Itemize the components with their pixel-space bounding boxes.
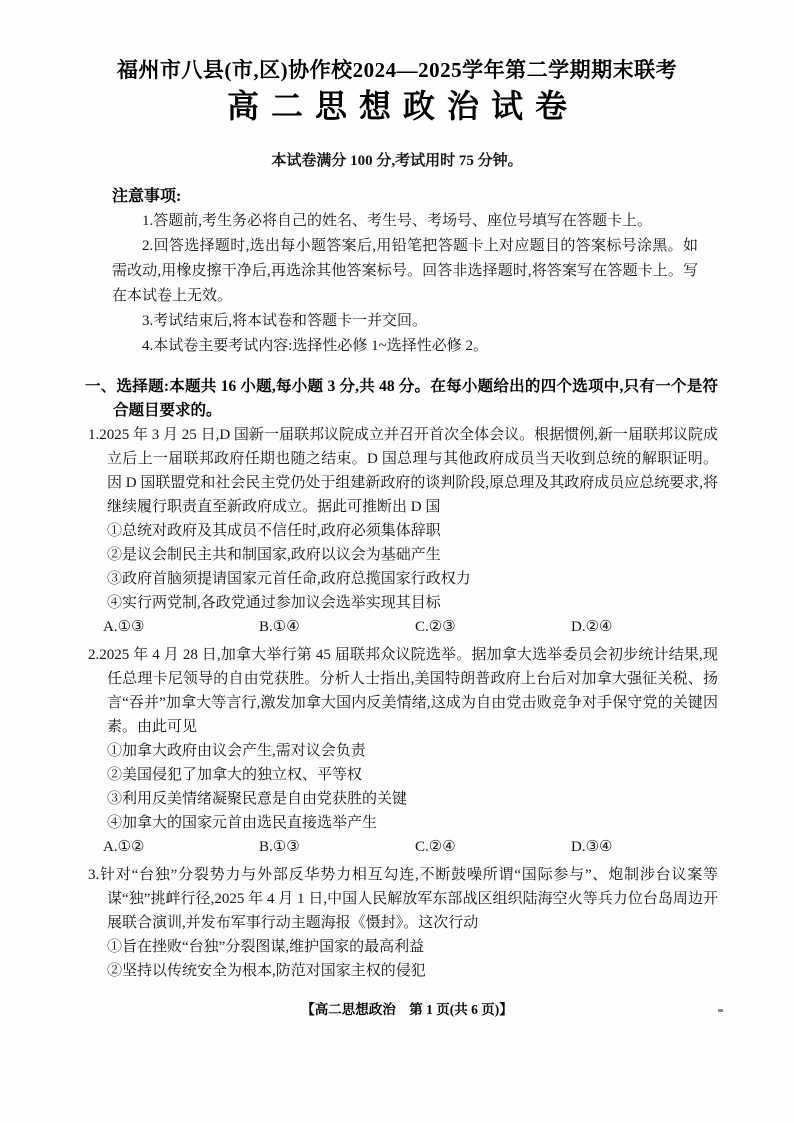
question-1-option-b: B.①④: [259, 615, 415, 639]
question-2-statement-4: ④加拿大的国家元首由选民直接选举产生: [88, 811, 718, 835]
question-2-number: 2.: [88, 647, 99, 663]
question-2-stem: 2.2025 年 4 月 28 日,加拿大举行第 45 届联邦众议院选举。据加拿…: [88, 643, 718, 739]
notice-item-4: 4.本试卷主要考试内容:选择性必修 1~选择性必修 2。: [112, 334, 698, 359]
question-1-options-row: A.①③ B.①④ C.②③ D.②④: [88, 615, 718, 639]
paper-title: 高二思想政治试卷: [0, 86, 794, 126]
exam-session-title: 福州市八县(市,区)协作校2024—2025学年第二学期期末联考: [0, 56, 794, 84]
question-3-number: 3.: [88, 867, 99, 883]
notice-section: 注意事项: 1.答题前,考生务必将自己的姓名、考生号、考场号、座位号填写在答题卡…: [112, 184, 698, 359]
question-2-statement-2: ②美国侵犯了加拿大的独立权、平等权: [88, 763, 718, 787]
exam-info-line: 本试卷满分 100 分,考试用时 75 分钟。: [0, 150, 794, 172]
question-1-statement-3: ③政府首脑须提请国家元首任命,政府总揽国家行政权力: [88, 567, 718, 591]
question-2-option-a: A.①②: [103, 835, 259, 859]
notice-heading: 注意事项:: [112, 184, 698, 209]
question-1-option-a: A.①③: [103, 615, 259, 639]
question-2-option-b: B.①③: [259, 835, 415, 859]
question-2-option-d: D.③④: [571, 835, 612, 859]
question-3-statement-1: ①旨在挫败“台独”分裂图谋,维护国家的最高利益: [88, 935, 718, 959]
page-footer: 【高二思想政治 第 1 页(共 6 页)】: [10, 998, 794, 1018]
question-3: 3.针对“台独”分裂势力与外部反华势力相互勾连,不断鼓噪所谓“国际参与”、炮制涉…: [88, 863, 718, 983]
question-1-statement-2: ②是议会制民主共和制国家,政府以议会为基础产生: [88, 543, 718, 567]
question-2-statement-3: ③利用反美情绪凝聚民意是自由党获胜的关键: [88, 787, 718, 811]
question-2: 2.2025 年 4 月 28 日,加拿大举行第 45 届联邦众议院选举。据加拿…: [88, 643, 718, 859]
notice-item-2: 2.回答选择题时,选出每小题答案后,用铅笔把答题卡上对应题目的答案标号涂黑。如需…: [112, 234, 698, 309]
question-1-number: 1.: [88, 427, 99, 443]
scan-artifact-speck: [718, 1009, 723, 1012]
question-2-option-c: C.②④: [415, 835, 571, 859]
question-3-statement-2: ②坚持以传统安全为根本,防范对国家主权的侵犯: [88, 959, 718, 983]
question-1-option-d: D.②④: [571, 615, 612, 639]
question-1-statement-1: ①总统对政府及其成员不信任时,政府必须集体辞职: [88, 519, 718, 543]
question-3-stem: 3.针对“台独”分裂势力与外部反华势力相互勾连,不断鼓噪所谓“国际参与”、炮制涉…: [88, 863, 718, 935]
question-1-text: 2025 年 3 月 25 日,D 国新一届联邦议院成立并召开首次全体会议。根据…: [99, 427, 718, 515]
question-2-options-row: A.①② B.①③ C.②④ D.③④: [88, 835, 718, 859]
question-2-statement-1: ①加拿大政府由议会产生,需对议会负责: [88, 739, 718, 763]
notice-item-3: 3.考试结束后,将本试卷和答题卡一并交回。: [112, 309, 698, 334]
question-2-text: 2025 年 4 月 28 日,加拿大举行第 45 届联邦众议院选举。据加拿大选…: [99, 647, 718, 735]
question-1-statement-4: ④实行两党制,各政党通过参加议会选举实现其目标: [88, 591, 718, 615]
question-1: 1.2025 年 3 月 25 日,D 国新一届联邦议院成立并召开首次全体会议。…: [88, 423, 718, 639]
questions-area: 1.2025 年 3 月 25 日,D 国新一届联邦议院成立并召开首次全体会议。…: [88, 423, 718, 983]
section-heading-choice-questions: 一、选择题:本题共 16 小题,每小题 3 分,共 48 分。在每小题给出的四个…: [85, 375, 718, 423]
question-3-text: 针对“台独”分裂势力与外部反华势力相互勾连,不断鼓噪所谓“国际参与”、炮制涉台议…: [99, 867, 718, 931]
question-1-stem: 1.2025 年 3 月 25 日,D 国新一届联邦议院成立并召开首次全体会议。…: [88, 423, 718, 519]
exam-page: 福州市八县(市,区)协作校2024—2025学年第二学期期末联考 高二思想政治试…: [0, 0, 794, 1123]
question-1-option-c: C.②③: [415, 615, 571, 639]
notice-item-1: 1.答题前,考生务必将自己的姓名、考生号、考场号、座位号填写在答题卡上。: [112, 209, 698, 234]
